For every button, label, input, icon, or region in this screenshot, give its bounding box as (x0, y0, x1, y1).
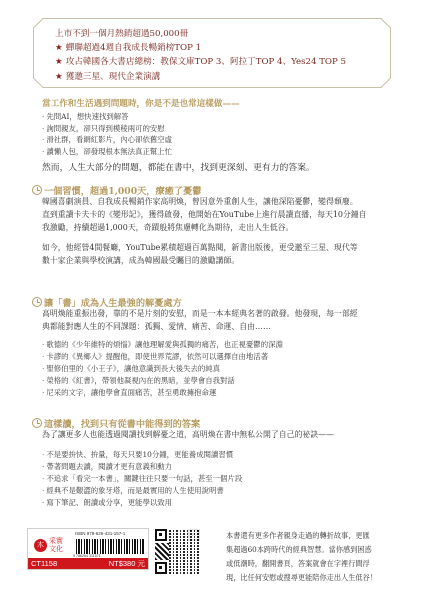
promo-headline: 上市不到一個月熱銷超過50,000冊 (55, 27, 346, 41)
barcode-card: 木 采實 文化 ISBN 978-626-431-157-1 9 786264 … (27, 528, 149, 570)
list-item: ·滑社群，看網紅影片，內心卻依舊空虛 (42, 134, 387, 146)
promo-item: ★蟬聯超過4週自我成長暢銷榜TOP 1 (55, 41, 346, 55)
publisher-name: 文化 (49, 545, 65, 553)
blurb-line: 現，比任何安慰或搜尋更能陪你走出人生低谷！ (226, 571, 377, 585)
intro-bullets: ·先問AI，想快速找到解答 ·詢問親友，卻只得到模稜兩可的安慰 ·滑社群，看網紅… (42, 111, 387, 157)
list-item: ·帶著問題去讀，閱讀才更有意義和動力 (42, 461, 387, 473)
qr-finder (155, 529, 167, 541)
series-code: CT1158 (31, 558, 57, 569)
list-item: ·詢問親友，卻只得到模稜兩可的安慰 (42, 123, 387, 135)
blurb-line: 集超過60本跨時代的經典智慧。當你感到困惑 (226, 543, 377, 557)
list-item: ·不追求「看完一本書」，關鍵往往只要一句話，甚至一個片段 (42, 473, 387, 485)
paragraph-line: 典都能對應人生的不同課題：孤獨、愛情、痛苦、命運、自由…… (42, 320, 387, 333)
clock-icon (32, 297, 42, 307)
price-bar: CT1158 NT$380 元 (28, 558, 148, 569)
paragraph-line: 我激勵，持續超過1,000天，奇蹟般將焦慮轉化為期待，走出人生低谷。 (42, 221, 387, 234)
paragraph-line: 如今，他經營4間餐廳，YouTube累積超過百萬點閱，新書出版後，更受邀至三星、… (42, 241, 387, 254)
publisher-logo: 木 采實 文化 (34, 537, 65, 553)
list-item: ·寫下筆記、朗讀或分享，更能學以致用 (42, 497, 387, 509)
list-item: ·經典不是艱澀的象牙塔，而是最實用的人生使用說明書 (42, 485, 387, 497)
publisher-name: 采實 (49, 537, 65, 545)
price: NT$380 元 (109, 558, 145, 569)
section1-body: 韓國喜劇演員、自我成長暢銷作家高明煥，曾因意外重創人生，讓他深陷憂鬱，變得頹廢。… (42, 195, 387, 267)
paragraph-line: 高明煥能重振出發，靠的不是片刻的安慰，而是一本本經典名著的啟發。他發現，每一部經 (42, 307, 387, 320)
star-icon: ★ (55, 72, 63, 82)
section2-body: 高明煥能重振出發，靠的不是片刻的安慰，而是一本本經典名著的啟發。他發現，每一部經… (42, 307, 387, 333)
publisher-logo-icon: 木 (34, 539, 47, 552)
intro-heading: 當工作和生活遇到問題時，你是不是也常這樣做—— (42, 98, 387, 110)
list-item: ·榮格的《紅書》，帶領他凝視內在的黑暗，並學會自我對話 (42, 375, 387, 387)
list-item: ·不是要拚快、拚量，每天只要10分鐘，更能養成閱讀習慣 (42, 449, 387, 461)
qr-code[interactable] (155, 529, 200, 574)
intro-section: 當工作和生活遇到問題時，你是不是也常這樣做—— ·先問AI，想快速找到解答 ·詢… (42, 98, 387, 174)
section3-intro: 為了讓更多人也能透過閱讀找到解憂之道，高明煥在書中無私公開了自己的祕訣—— (42, 428, 387, 441)
promo-item: ★獲邀三星、現代企業演講 (55, 70, 346, 84)
intro-conclusion: 然而，人生大部分的問題，都能在書中，找到更深刻、更有力的答案。 (42, 162, 387, 174)
qr-finder (155, 562, 167, 574)
blurb-line: 或低潮時，翻開書頁，答案就會在字裡行間浮 (226, 557, 377, 571)
list-item: ·尼采的文字，讓他學會直面痛苦，甚至勇敢擁抱命運 (42, 387, 387, 399)
list-item: ·先問AI，想快速找到解答 (42, 111, 387, 123)
section3-bullets: ·不是要拚快、拚量，每天只要10分鐘，更能養成閱讀習慣 ·帶著問題去讀，閱讀才更… (42, 449, 387, 509)
list-item: ·歌德的《少年維特的煩惱》讓他理解愛與孤獨的痛苦，也正視憂鬱的深淵 (42, 339, 387, 351)
promo-box: 上市不到一個月熱銷超過50,000冊 ★蟬聯超過4週自我成長暢銷榜TOP 1 ★… (33, 18, 391, 88)
qr-modules (155, 543, 169, 560)
list-item: ·聖修伯里的《小王子》，讓他意識到長大後失去的純真 (42, 363, 387, 375)
star-icon: ★ (55, 43, 63, 53)
list-item: ·卡謬的《異鄉人》提醒他，即使世界荒謬，依然可以選擇自由地活著 (42, 351, 387, 363)
promo-item: ★攻占韓國各大書店總榜：教保文庫TOP 3、阿拉丁TOP 4、Yes24 TOP… (55, 55, 346, 69)
section2-bullets: ·歌德的《少年維特的煩惱》讓他理解愛與孤獨的痛苦，也正視憂鬱的深淵 ·卡謬的《異… (42, 339, 387, 399)
clock-icon (32, 185, 42, 195)
back-cover-blurb: 本書還有更多作者親身走過的轉折故事，更匯 集超過60本跨時代的經典智慧。當你感到… (226, 529, 377, 585)
isbn-text: ISBN 978-626-431-157-1 (75, 531, 125, 536)
star-icon: ★ (55, 57, 63, 67)
blurb-line: 本書還有更多作者親身走過的轉折故事，更匯 (226, 529, 377, 543)
list-item: ·讀懶人包，卻發現根本無法真正幫上忙 (42, 146, 387, 158)
paragraph-line: 數十家企業與學校演講，成為韓國最受矚目的激勵講師。 (42, 254, 387, 267)
paragraph-line: 韓國喜劇演員、自我成長暢銷作家高明煥，曾因意外重創人生，讓他深陷憂鬱，變得頹廢。 (42, 195, 387, 208)
qr-modules (169, 529, 200, 574)
barcode-image (76, 539, 144, 554)
paragraph-line: 直到重讀卡夫卡的《變形記》，獲得啟發，他開始在YouTube上進行晨讀直播，每天… (42, 208, 387, 221)
clock-icon (32, 418, 42, 428)
